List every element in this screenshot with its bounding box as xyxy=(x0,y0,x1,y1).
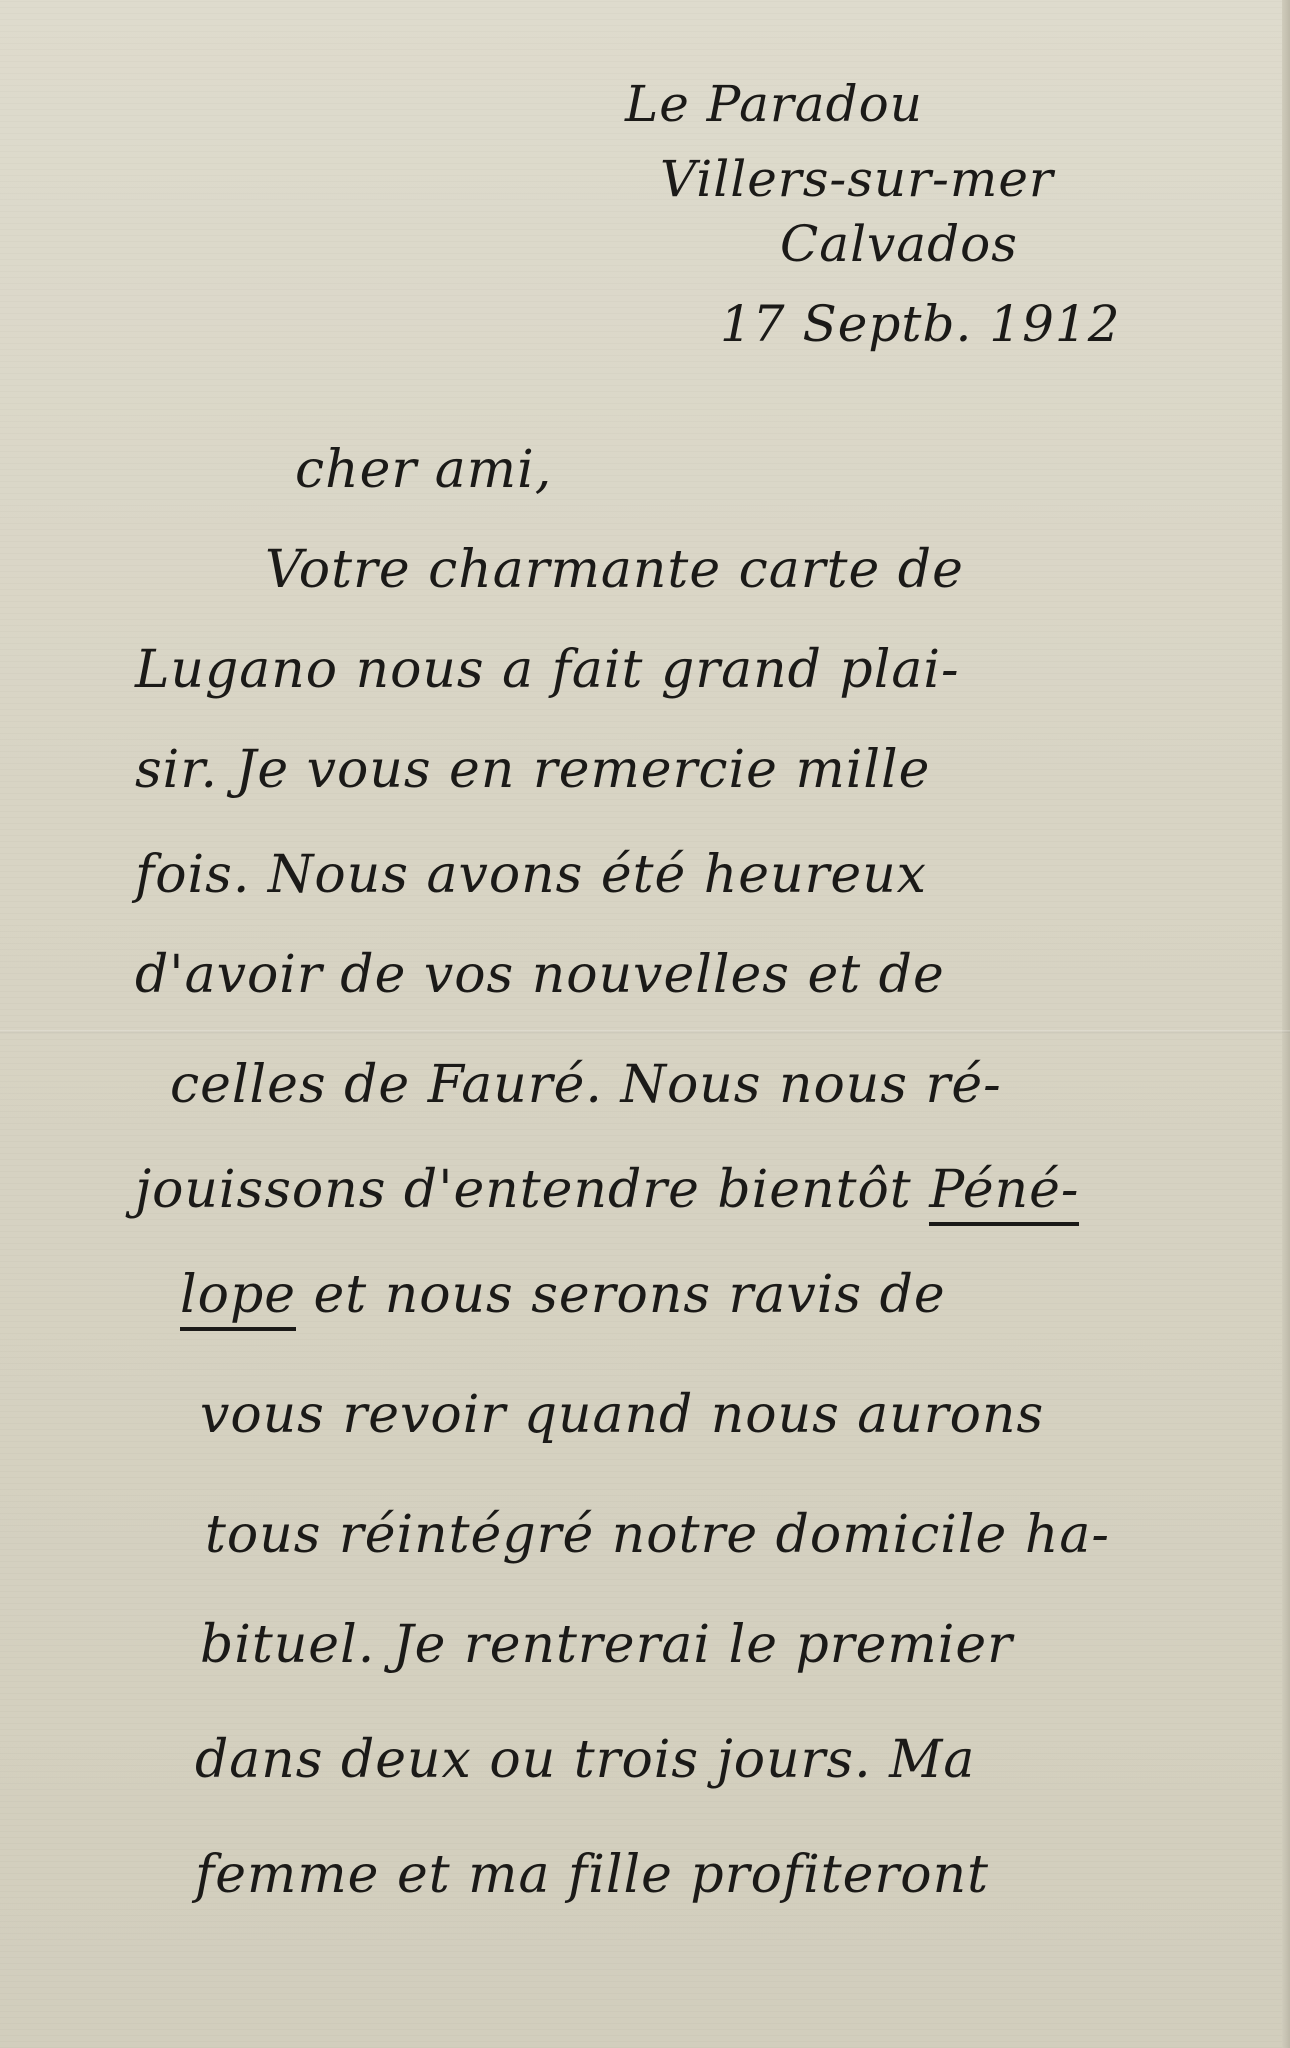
body-line: vous revoir quand nous aurons xyxy=(200,1385,1044,1445)
body-line: Votre charmante carte de xyxy=(265,540,964,600)
salutation: cher ami, xyxy=(295,440,552,500)
heading-line-place: Le Paradou xyxy=(625,75,923,133)
letter-date: 17 Septb. 1912 xyxy=(720,295,1121,353)
body-line: fois. Nous avons été heureux xyxy=(135,845,927,905)
body-line: tous réintégré notre domicile ha- xyxy=(205,1505,1110,1565)
underlined-title-penelope-part1: Péné- xyxy=(929,1160,1079,1226)
heading-line-region: Calvados xyxy=(780,215,1018,273)
body-line-text: jouissons d'entendre bientôt xyxy=(135,1160,929,1220)
body-line: dans deux ou trois jours. Ma xyxy=(195,1730,975,1790)
body-line: jouissons d'entendre bientôt Péné- xyxy=(135,1160,1079,1220)
paper-edge xyxy=(1282,0,1290,2048)
paper-fold-line xyxy=(0,1030,1290,1033)
body-line: lope et nous serons ravis de xyxy=(180,1265,946,1325)
body-line-text: et nous serons ravis de xyxy=(296,1265,946,1325)
body-line: Lugano nous a fait grand plai- xyxy=(135,640,960,700)
body-line: bituel. Je rentrerai le premier xyxy=(200,1615,1013,1675)
body-line: femme et ma fille profiteront xyxy=(195,1845,989,1905)
body-line: celles de Fauré. Nous nous ré- xyxy=(170,1055,1002,1115)
body-line: d'avoir de vos nouvelles et de xyxy=(135,945,945,1005)
letter-paper: Le Paradou Villers-sur-mer Calvados 17 S… xyxy=(0,0,1290,2048)
underlined-title-penelope-part2: lope xyxy=(180,1265,296,1331)
body-line: sir. Je vous en remercie mille xyxy=(135,740,930,800)
heading-line-town: Villers-sur-mer xyxy=(660,150,1054,208)
